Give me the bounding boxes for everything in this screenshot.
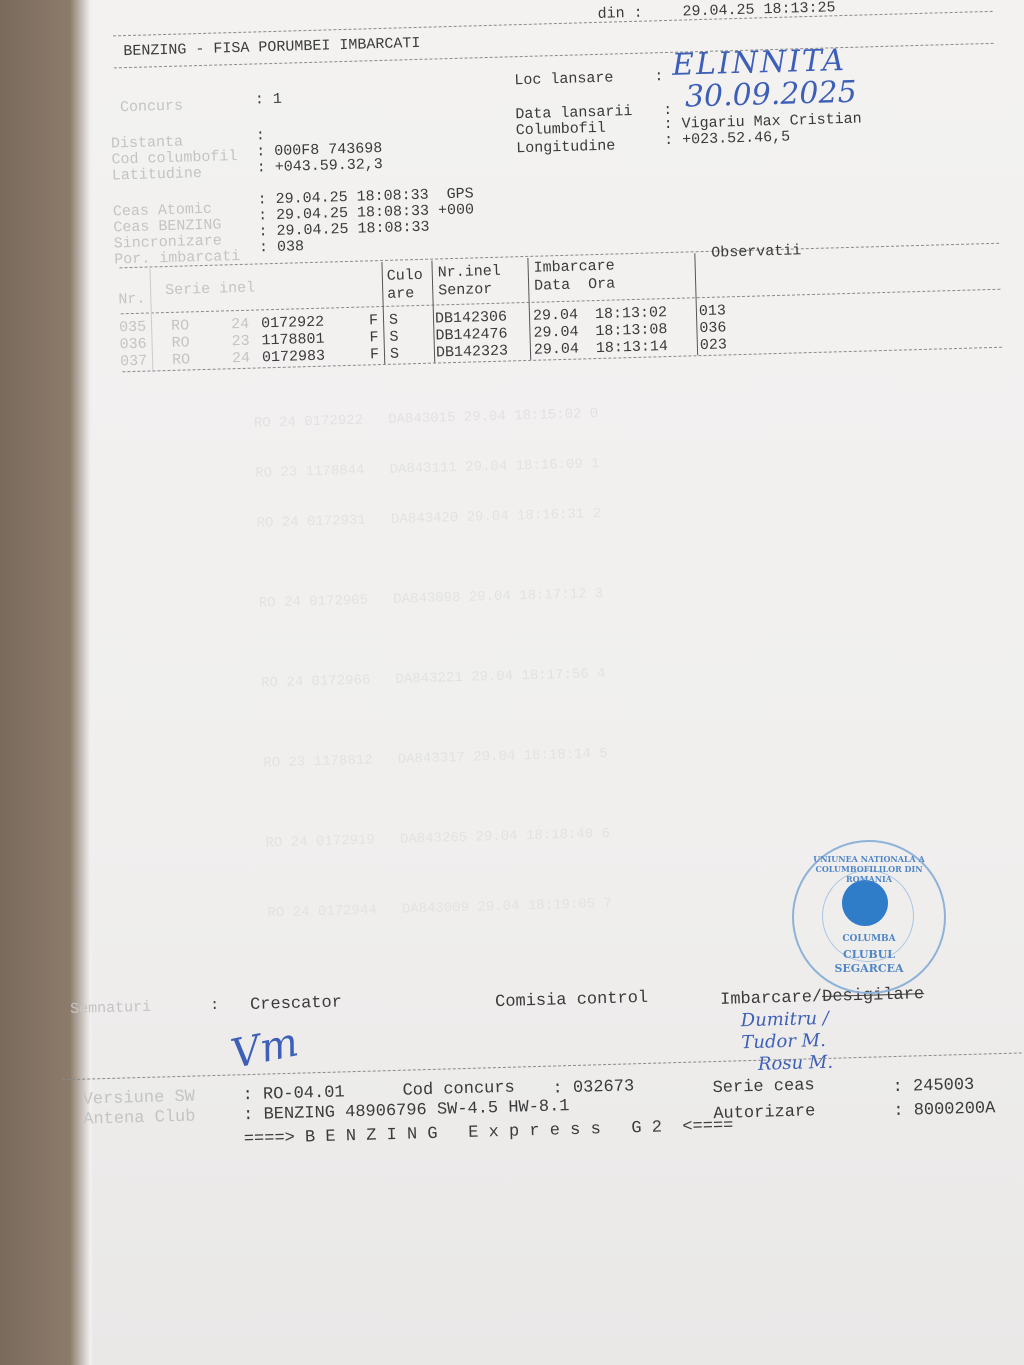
versiune-value: : RO-04.01	[242, 1083, 345, 1105]
signature-comisia-label: Comisia control	[495, 989, 649, 1012]
field-label-longitudine: Longitudine	[516, 137, 615, 157]
handwritten-release-date: 30.09.2025	[684, 75, 857, 115]
header-top-rule	[113, 11, 993, 37]
col-divider	[381, 262, 385, 364]
handwritten-name-1: Dumitru /	[740, 1008, 829, 1031]
stamp-line2: CLUBUL	[794, 948, 944, 961]
row-data: 29.04	[533, 307, 578, 325]
autorizare-value: : 8000200A	[893, 1099, 996, 1121]
club-stamp: UNIUNEA NATIONALA A COLUMBOFILILOR DIN R…	[792, 840, 946, 994]
row-serie: 0172983	[262, 348, 325, 367]
field-colon: :	[654, 68, 663, 85]
row-senzor: DB142476	[435, 326, 507, 345]
header-observatii: Observatii	[711, 242, 801, 262]
antena-label: Antena Club	[83, 1108, 196, 1130]
header-imbarcare-2: Data Ora	[534, 276, 615, 295]
field-label-loc-lansare: Loc lansare	[514, 69, 613, 89]
print-timestamp: 29.04.25 18:13:25	[682, 0, 835, 21]
row-senzor: DB142323	[436, 343, 508, 362]
field-value-latitudine: : +043.59.32,3	[257, 156, 383, 177]
row-ora: 18:13:14	[596, 338, 668, 357]
stamp-line1: COLUMBA	[794, 934, 944, 944]
row-ora: 18:13:08	[595, 321, 667, 340]
row-senzor: DB142306	[435, 309, 507, 328]
row-obs: 023	[700, 336, 727, 354]
row-serie: 0172922	[261, 314, 324, 333]
header-nrinel-1: Nr.inel	[438, 263, 501, 282]
crescator-signature: Vm	[227, 1019, 302, 1077]
stamp-outer-text: UNIUNEA NATIONALA A COLUMBOFILILOR DIN R…	[794, 854, 944, 884]
field-value-sincronizare: : 29.04.25 18:08:33	[258, 219, 429, 241]
signature-crescator-label: Crescator	[250, 993, 342, 1015]
row-sex: F	[370, 346, 379, 363]
row-culoare: S	[389, 329, 398, 346]
row-culoare: S	[389, 312, 398, 329]
sheet-content: BENZING - FISA PORUMBEI IMBARCATI din : …	[92, 0, 1024, 1364]
col-divider	[694, 253, 698, 355]
row-data: 29.04	[534, 341, 579, 359]
header-culoare-1: Culo	[387, 267, 423, 285]
cod-concurs-value: : 032673	[552, 1077, 634, 1098]
dove-emblem-icon	[842, 880, 888, 926]
row-an: 24	[232, 350, 250, 367]
col-divider	[527, 258, 531, 360]
header-culoare-2: are	[387, 285, 414, 303]
row-sex: F	[369, 312, 378, 329]
field-value-por-imbarcati: : 038	[259, 238, 304, 256]
handwritten-name-3: Rosu M.	[758, 1052, 834, 1075]
header-nrinel-2: Senzor	[438, 281, 492, 300]
row-obs: 036	[699, 319, 726, 337]
signatures-label: Semnaturi	[70, 999, 151, 1018]
row-serie: 1178801	[261, 331, 324, 350]
row-nr: 037	[120, 353, 147, 371]
row-tara: RO	[171, 334, 189, 351]
cod-concurs-label: Cod concurs	[402, 1079, 515, 1101]
header-imbarcare-1: Imbarcare	[533, 258, 614, 277]
row-tara: RO	[171, 317, 189, 334]
row-nr: 035	[119, 319, 146, 337]
serie-ceas-value: : 245003	[892, 1076, 974, 1097]
serie-ceas-label: Serie ceas	[712, 1076, 815, 1098]
header-serie-inel: Serie inel	[165, 280, 255, 300]
footer-rule	[62, 1052, 1022, 1080]
versiune-label: Versiune SW	[82, 1088, 195, 1110]
row-culoare: S	[390, 346, 399, 363]
row-an: 23	[231, 333, 249, 350]
row-ora: 18:13:02	[595, 304, 667, 323]
field-value-concurs: : 1	[255, 91, 282, 109]
row-nr: 036	[119, 336, 146, 354]
field-value-distanta: :	[256, 127, 265, 144]
row-sex: F	[369, 329, 378, 346]
header-nr: Nr.	[118, 291, 145, 309]
field-label-concurs: Concurs	[120, 98, 183, 117]
handwritten-name-2: Tudor M.	[741, 1030, 826, 1053]
row-tara: RO	[172, 351, 190, 368]
row-data: 29.04	[533, 324, 578, 342]
din-label: din :	[597, 5, 642, 23]
row-obs: 013	[699, 302, 726, 320]
document-title: BENZING - FISA PORUMBEI IMBARCATI	[123, 35, 420, 60]
field-label-columbofil: Columbofil	[516, 120, 606, 140]
stamp-line3: SEGARCEA	[794, 962, 944, 975]
col-divider	[150, 268, 154, 370]
field-value-longitudine: : +023.52.46,5	[664, 129, 790, 150]
field-label-latitudine: Latitudine	[112, 165, 202, 185]
printout-sheet: BENZING - FISA PORUMBEI IMBARCATI din : …	[92, 0, 1024, 1365]
row-an: 24	[231, 316, 249, 333]
field-colon: :	[210, 997, 219, 1014]
